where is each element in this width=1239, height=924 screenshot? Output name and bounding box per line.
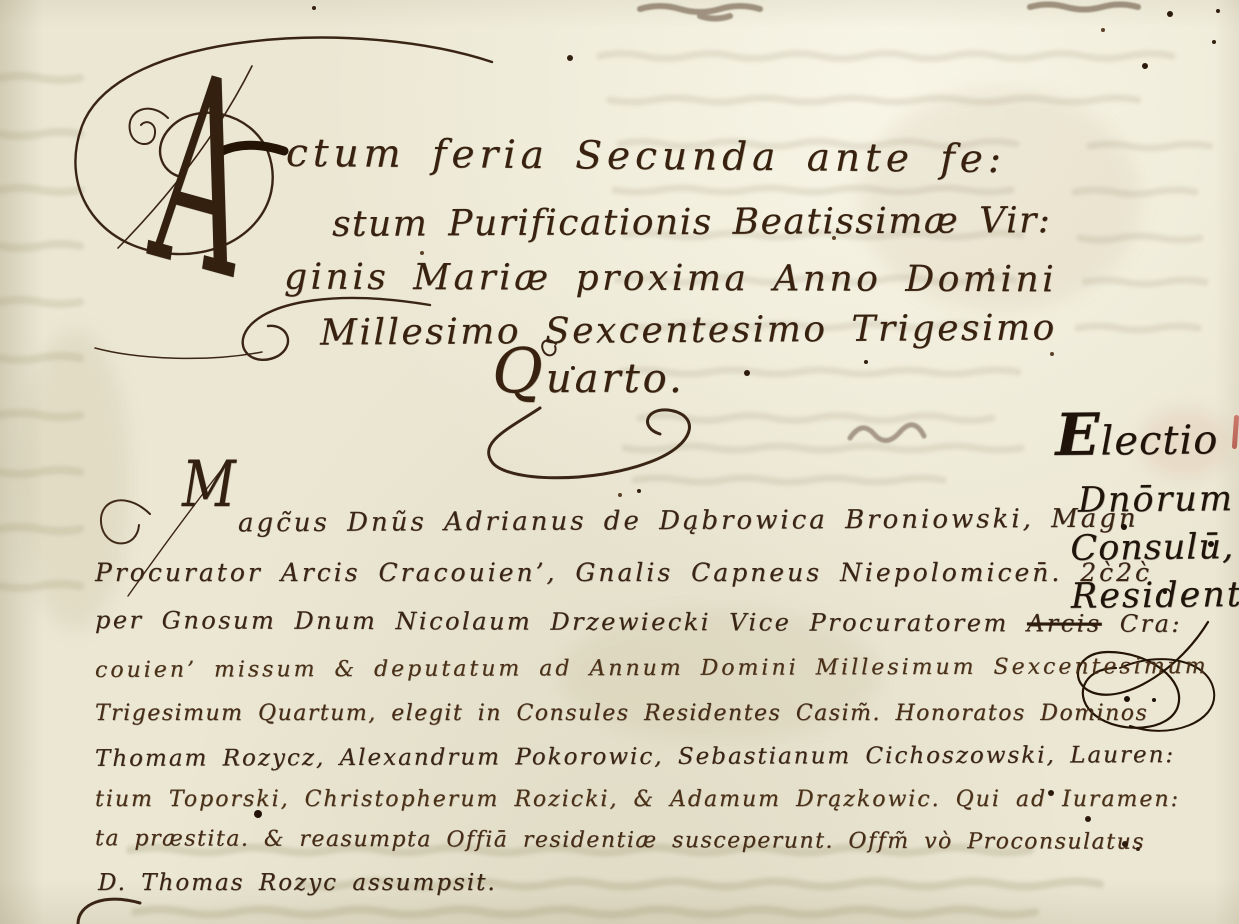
body-line-3-pre: per Gnosum Dnum Nicolaum Drzewiecki Vice… bbox=[95, 606, 1009, 637]
body-line-1: agc̃us Dnũs Adrianus de Dąbrowica Bronio… bbox=[238, 504, 1139, 539]
body-line-3-struck-word: Arcis bbox=[1027, 609, 1102, 637]
heading-line-4: Millesimo Sexcentesimo Trigesimo bbox=[320, 307, 1057, 353]
manuscript-page: A ctum feria Secunda ante fe: stum Purif… bbox=[0, 0, 1239, 924]
heading-line-5-rest: uarto. bbox=[546, 356, 685, 402]
margin-note-line-1: Electio bbox=[1055, 399, 1239, 469]
body-line-2: Procurator Arcis Cracouien’, Gnalis Capn… bbox=[95, 558, 1152, 587]
body-initial-m: M bbox=[182, 448, 236, 522]
heading-line-2: stum Purificationis Beatissimæ Vir: bbox=[332, 200, 1052, 245]
body-line-3-post: Cra: bbox=[1120, 610, 1182, 638]
body-line-7: tium Toporski, Christopherum Rozicki, & … bbox=[95, 787, 1180, 812]
heading-line-5: Quarto. bbox=[492, 356, 685, 402]
body-line-5: Trigesimum Quartum, elegit in Consules R… bbox=[95, 701, 1148, 726]
heading-line-3: ginis Mariæ proxima Anno Domini bbox=[284, 257, 1057, 301]
body-line-4: couien’ missum & deputatum ad Annum Domi… bbox=[95, 654, 1209, 683]
heading-initial-a: A bbox=[154, 60, 251, 295]
body-line-3: per Gnosum Dnum Nicolaum Drzewiecki Vice… bbox=[95, 606, 1182, 638]
ink-specks bbox=[0, 0, 4, 4]
bottom-left-flourish bbox=[78, 899, 140, 924]
heading-line-1: ctum feria Secunda ante fe: bbox=[286, 131, 1006, 182]
heading-initial-q: Q bbox=[492, 334, 546, 407]
body-line-9: D. Thomas Rozyc assumpsit. bbox=[98, 870, 497, 896]
body-line-8: ta præstita. & reasumpta Offiā residenti… bbox=[95, 826, 1145, 855]
body-line-6: Thomam Rozycz, Alexandrum Pokorowic, Seb… bbox=[95, 742, 1175, 772]
